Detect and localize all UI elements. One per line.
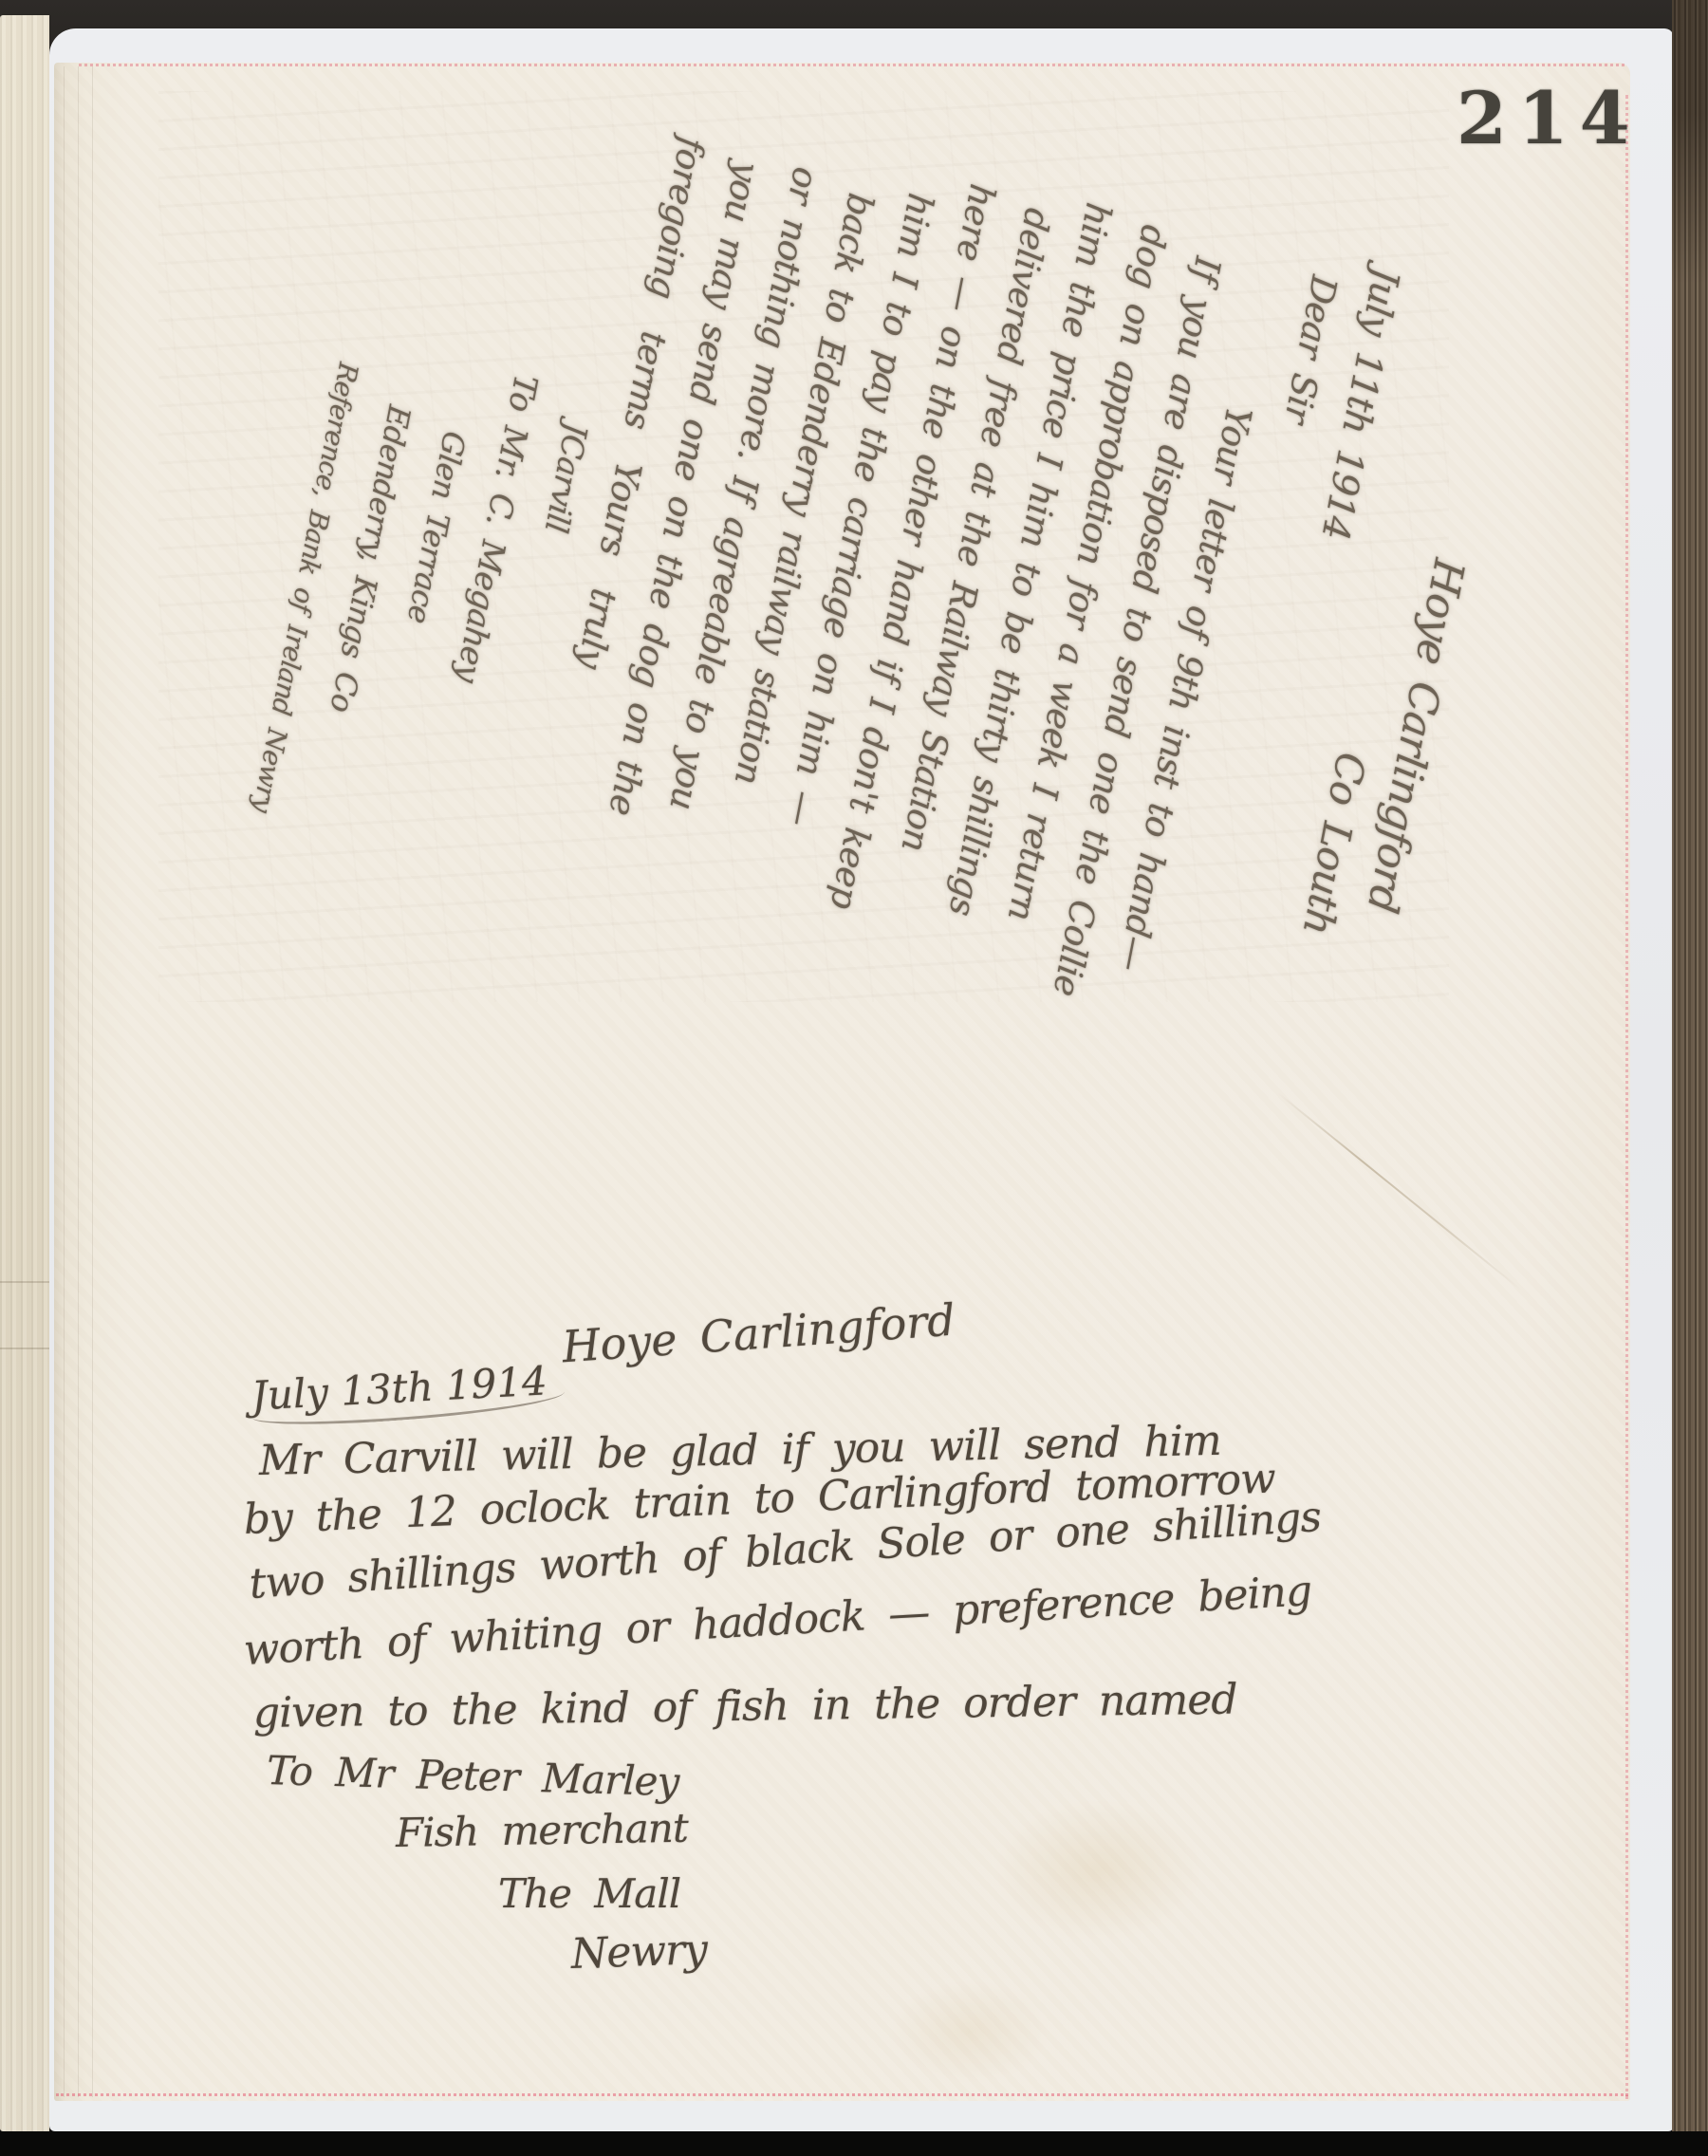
letter2-date-block: July 13th 1914 xyxy=(251,1356,566,1427)
ledger-page: 214 Hoye CarlingfordCo LouthJuly 11th 19… xyxy=(54,63,1630,2101)
red-margin-rule-right xyxy=(1625,95,1628,2099)
page-number-stamp: 214 xyxy=(1457,76,1642,160)
red-margin-rule-bottom xyxy=(56,2093,1628,2096)
scanned-letter-book-page: 214 Hoye CarlingfordCo LouthJuly 11th 19… xyxy=(0,0,1708,2156)
paper-stain xyxy=(889,1979,1050,2084)
facing-page-block-edge xyxy=(0,15,49,2131)
letter2-heading: Hoye Carlingford xyxy=(561,1294,957,1373)
scan-background-band xyxy=(0,2131,1708,2156)
book-fore-edge xyxy=(1672,0,1708,2131)
spine-crease-lines xyxy=(64,66,105,2097)
red-margin-rule-top xyxy=(79,64,1624,66)
letter2-body: Mr Carvill will be glad if you will send… xyxy=(244,1437,1601,1985)
diagonal-crease xyxy=(1277,1092,1522,1291)
letter-july-13: Hoye Carlingford July 13th 1914 Mr Carvi… xyxy=(244,1308,1601,1985)
handwritten-line: given to the kind of fish in the order n… xyxy=(253,1670,1602,1744)
